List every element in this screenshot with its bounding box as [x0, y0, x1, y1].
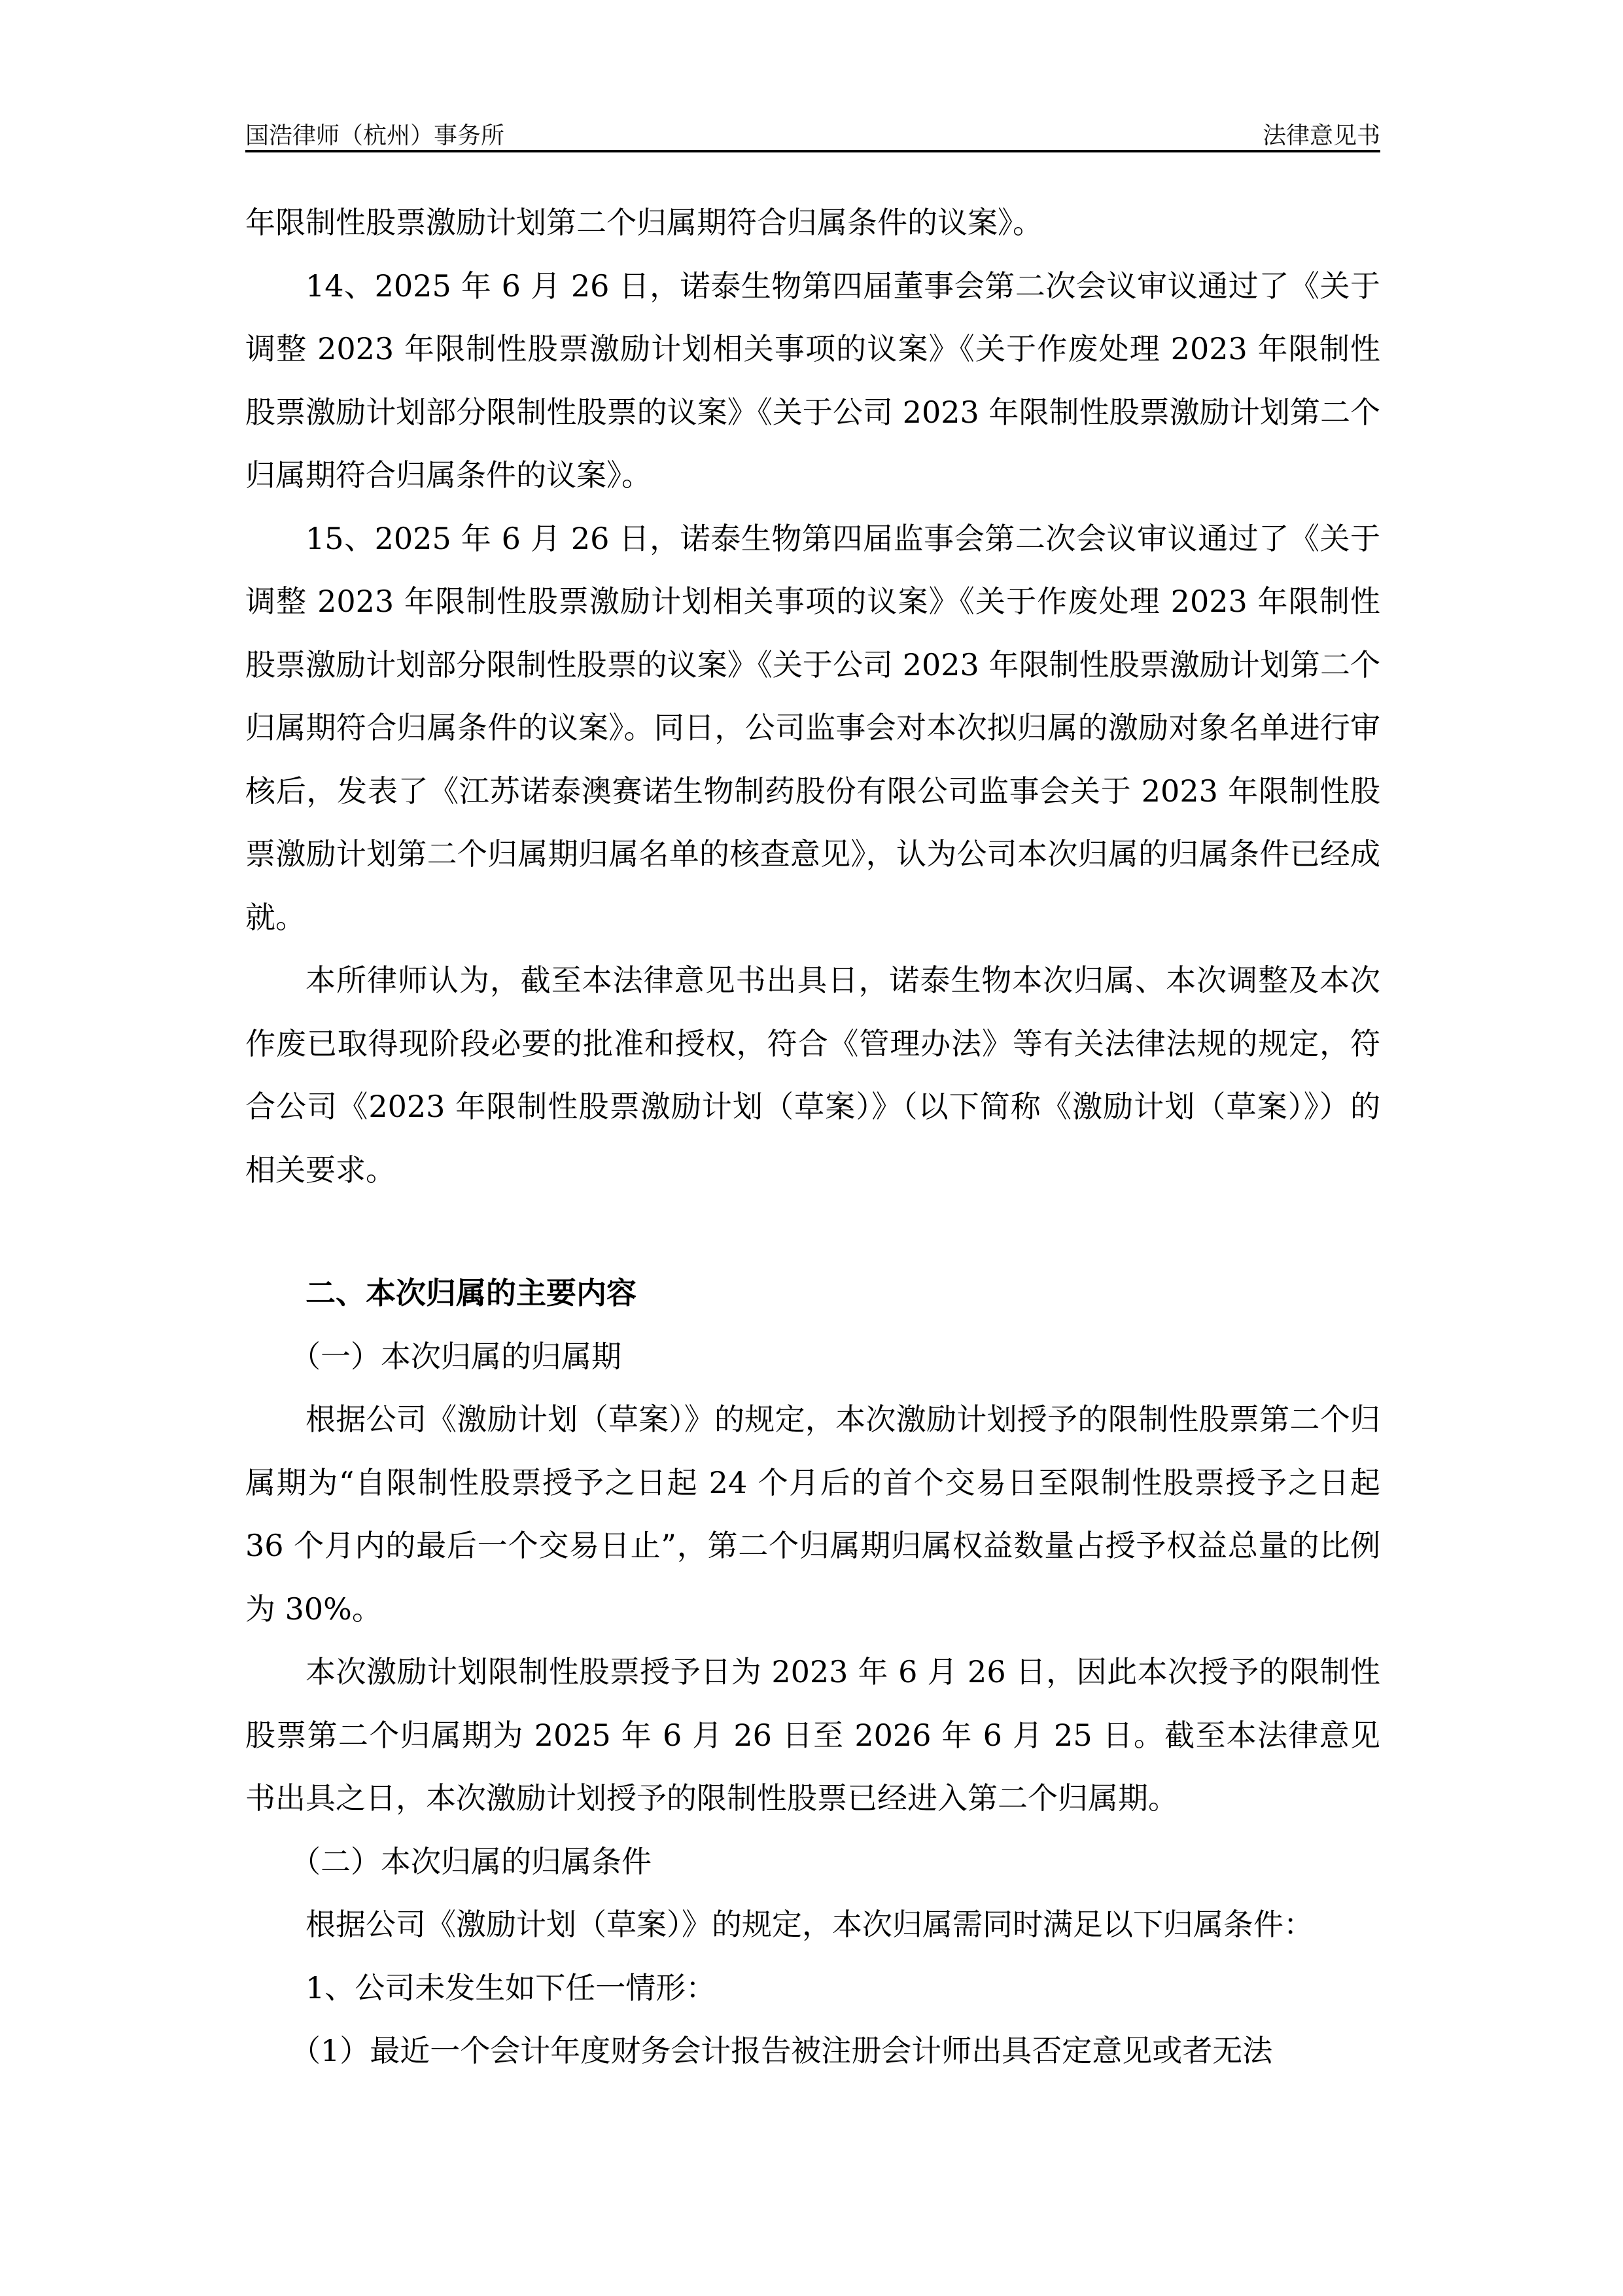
paragraph-lawyer-opinion: 本所律师认为，截至本法律意见书出具日，诺泰生物本次归属、本次调整及本次作废已取得… [245, 949, 1380, 1201]
paragraph-continuation: 年限制性股票激励计划第二个归属期符合归属条件的议案》。 [245, 191, 1380, 255]
subsection-title-vesting-conditions: （二）本次归属的归属条件 [245, 1830, 1380, 1894]
paragraph-item-15: 15、2025 年 6 月 26 日，诺泰生物第四届监事会第二次会议审议通过了《… [245, 507, 1380, 949]
paragraph-condition-1: 1、公司未发生如下任一情形： [245, 1956, 1380, 2020]
paragraph-item-14: 14、2025 年 6 月 26 日，诺泰生物第四届董事会第二次会议审议通过了《… [245, 255, 1380, 507]
paragraph-conditions-intro: 根据公司《激励计划（草案）》的规定，本次归属需同时满足以下归属条件： [245, 1893, 1380, 1956]
section-title-vesting-content: 二、本次归属的主要内容 [245, 1262, 1380, 1325]
paragraph-condition-1-1: （1）最近一个会计年度财务会计报告被注册会计师出具否定意见或者无法 [245, 2019, 1380, 2083]
page-header: 国浩律师（杭州）事务所 法律意见书 [245, 113, 1380, 149]
header-document-type: 法律意见书 [1263, 123, 1380, 149]
subsection-title-vesting-period: （一）本次归属的归属期 [245, 1325, 1380, 1388]
paragraph-vesting-period-rule: 根据公司《激励计划（草案）》的规定，本次激励计划授予的限制性股票第二个归属期为“… [245, 1388, 1380, 1640]
header-divider [245, 150, 1380, 152]
header-firm-name: 国浩律师（杭州）事务所 [245, 123, 504, 149]
document-body: 年限制性股票激励计划第二个归属期符合归属条件的议案》。 14、2025 年 6 … [245, 191, 1380, 2083]
paragraph-grant-date: 本次激励计划限制性股票授予日为 2023 年 6 月 26 日，因此本次授予的限… [245, 1640, 1380, 1830]
